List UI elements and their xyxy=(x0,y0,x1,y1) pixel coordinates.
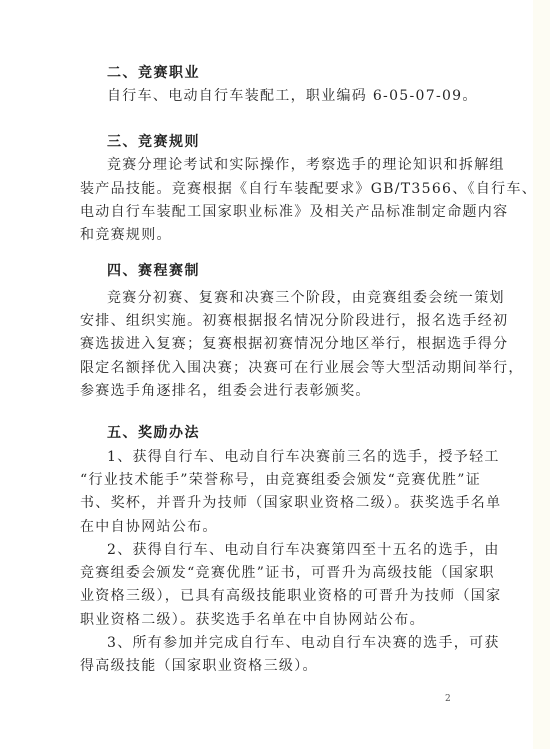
paragraph-line: 在中自协网站公布。 xyxy=(80,518,218,536)
paragraph-line: 限定名额择优入围决赛；决赛可在行业展会等大型活动期间举行， xyxy=(80,359,452,377)
paragraph-line: 和竞赛规则。 xyxy=(80,226,172,244)
paragraph-line: 竞赛分初赛、复赛和决赛三个阶段，由竞赛组委会统一策划 xyxy=(107,289,452,307)
paragraph-line: 2、获得自行车、电动自行车决赛第四至十五名的选手，由 xyxy=(107,541,452,559)
section-heading-occupation: 二、竞赛职业 xyxy=(107,64,200,82)
paragraph-line: 安排、组织实施。初赛根据报名情况分阶段进行，报名选手经初 xyxy=(80,312,452,330)
page-number: 2 xyxy=(445,694,451,704)
paragraph-line: 参赛选手角逐排名，组委会进行表彰颁奖。 xyxy=(80,382,371,400)
paragraph-line: 得高级技能（国家职业资格三级）。 xyxy=(80,657,318,675)
paragraph-line: 竞赛分理论考试和实际操作，考察选手的理论知识和拆解组 xyxy=(107,156,452,174)
paragraph-line: 电动自行车装配工国家职业标准》及相关产品标准制定命题内容 xyxy=(80,203,452,221)
paragraph-line: 1、获得自行车、电动自行车决赛前三名的选手，授予轻工 xyxy=(107,448,452,466)
paragraph-line: 装产品技能。竞赛根据《自行车装配要求》GB/T3566、《自行车、 xyxy=(80,180,452,198)
paragraph-line: 职业资格二级）。获奖选手名单在中自协网站公布。 xyxy=(80,611,425,629)
paragraph-line: “行业技术能手”荣誉称号，由竞赛组委会颁发“竞赛优胜”证 xyxy=(80,471,452,489)
section-heading-rewards: 五、奖励办法 xyxy=(107,424,200,442)
paragraph-line: 竞赛组委会颁发“竞赛优胜”证书，可晋升为高级技能（国家职 xyxy=(80,564,452,582)
paragraph-line: 业资格三级），已具有高级技能职业资格的可晋升为技师（国家 xyxy=(80,587,452,605)
paragraph-line: 赛选拔进入复赛；复赛根据初赛情况分地区举行，根据选手得分 xyxy=(80,335,452,353)
paragraph-line: 书、奖杯，并晋升为技师（国家职业资格二级）。获奖选手名单 xyxy=(80,494,452,512)
paragraph-line: 自行车、电动自行车装配工，职业编码 6-05-07-09。 xyxy=(107,87,478,105)
document-page: 二、竞赛职业 自行车、电动自行车装配工，职业编码 6-05-07-09。 三、竞… xyxy=(0,0,550,749)
section-heading-schedule: 四、赛程赛制 xyxy=(107,262,200,280)
paragraph-line: 3、所有参加并完成自行车、电动自行车决赛的选手，可获 xyxy=(107,634,452,652)
scan-edge-strip xyxy=(533,0,550,749)
section-heading-rules: 三、竞赛规则 xyxy=(107,133,200,151)
